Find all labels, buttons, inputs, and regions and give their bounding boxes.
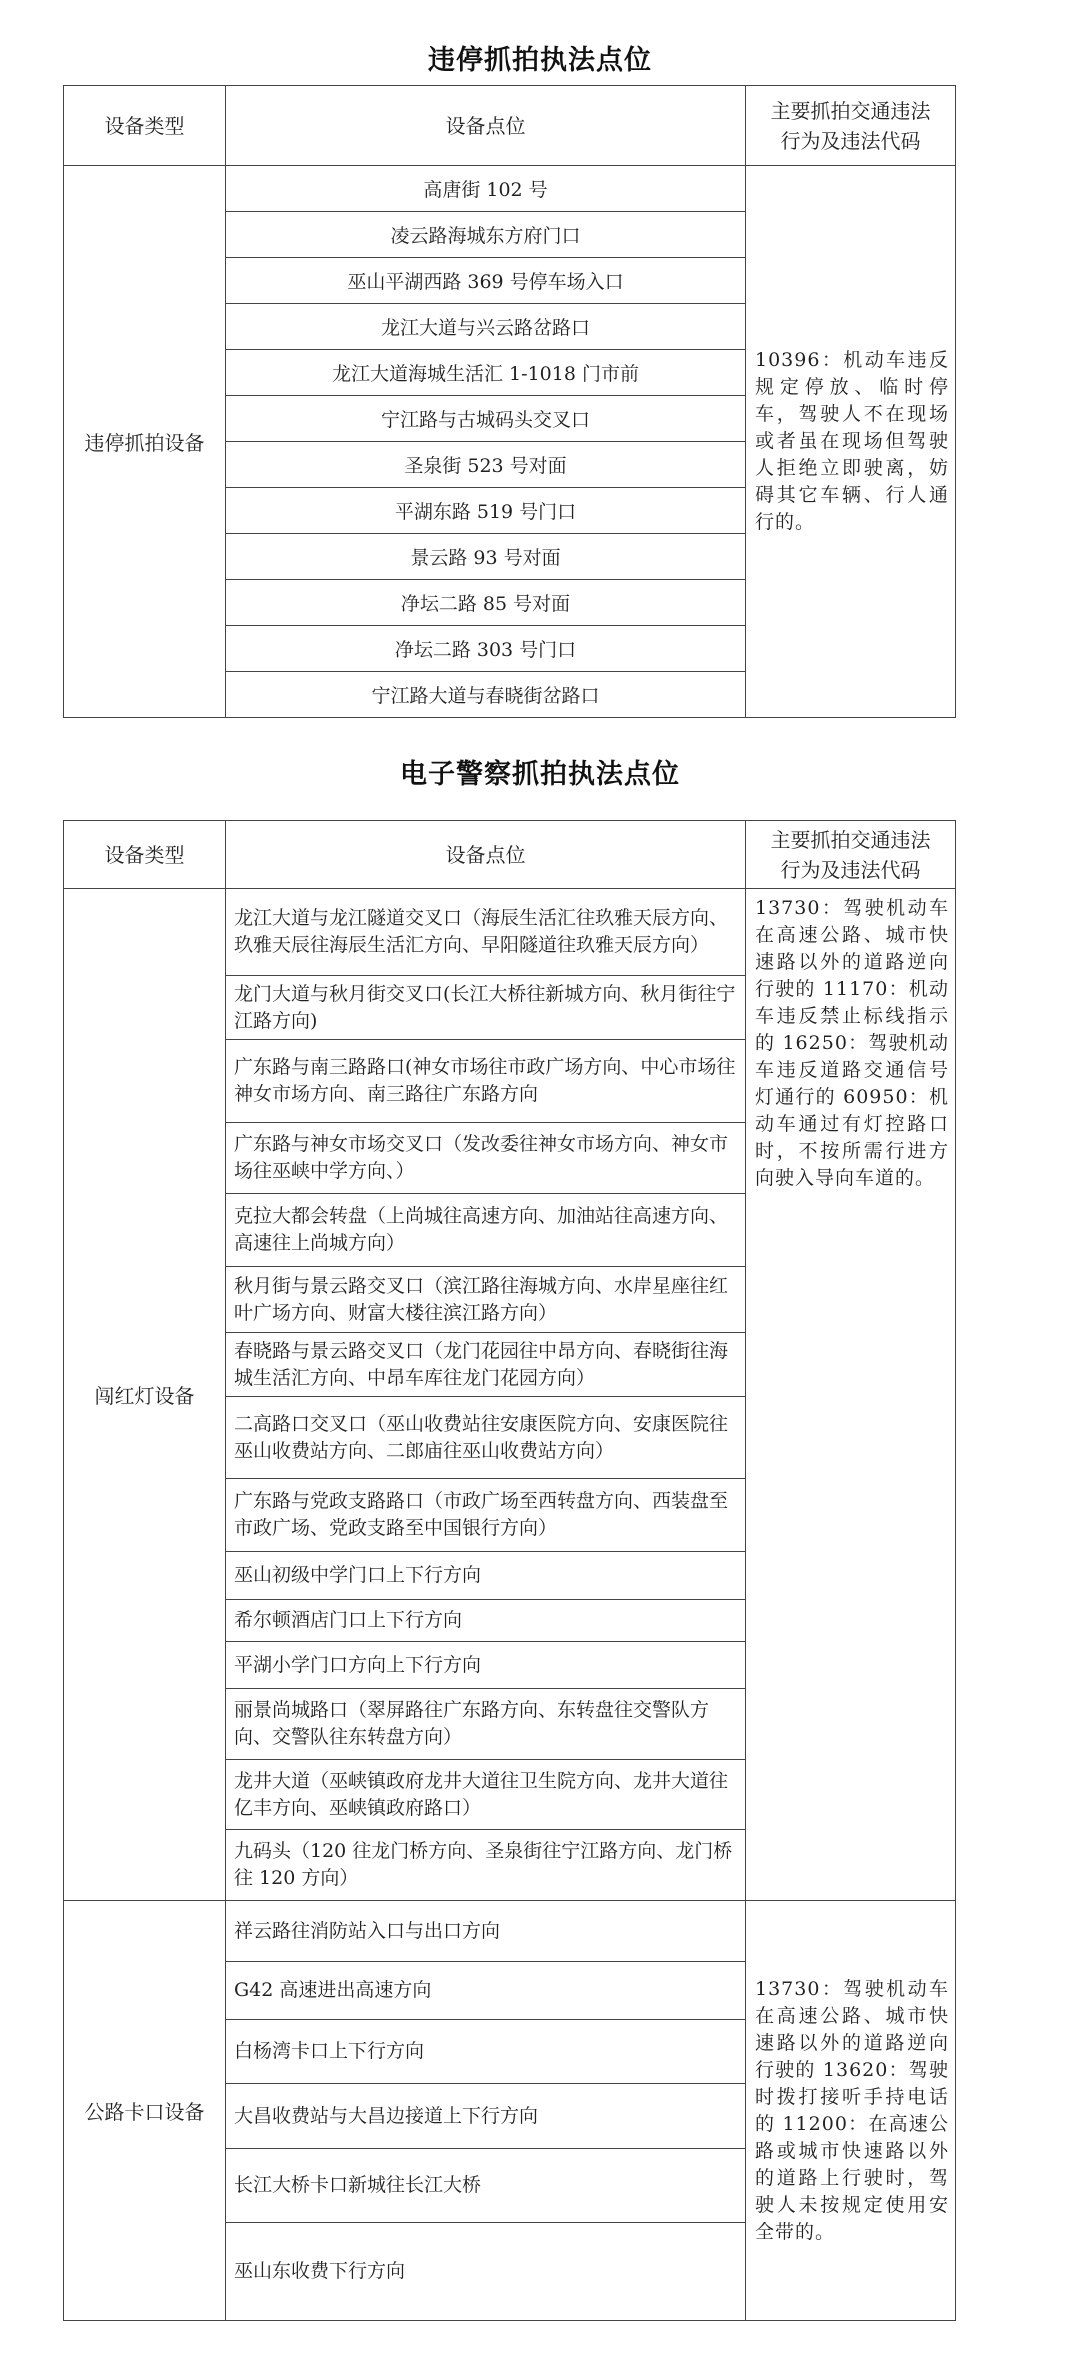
section-title-illegal-parking: 违停抓拍执法点位 bbox=[0, 38, 1080, 77]
header-device-type: 设备类型 bbox=[64, 86, 226, 166]
location-cell: 巫山平湖西路 369 号停车场入口 bbox=[226, 258, 746, 304]
illegal-parking-table: 设备类型 设备点位 主要抓拍交通违法 行为及违法代码 违停抓拍设备 高唐街 10… bbox=[63, 85, 956, 718]
location-cell: 凌云路海城东方府门口 bbox=[226, 212, 746, 258]
location-cell: 净坛二路 85 号对面 bbox=[226, 580, 746, 626]
device-type-cell: 公路卡口设备 bbox=[64, 1901, 226, 2321]
location-cell: 高唐街 102 号 bbox=[226, 166, 746, 212]
location-cell: 平湖小学门口方向上下行方向 bbox=[226, 1642, 746, 1689]
header-violation-line-1: 主要抓拍交通违法 bbox=[746, 825, 955, 855]
device-type-cell: 闯红灯设备 bbox=[64, 889, 226, 1901]
location-cell: 广东路与神女市场交叉口（发改委往神女市场方向、神女市场往巫峡中学方向、） bbox=[226, 1123, 746, 1194]
location-cell: 圣泉街 523 号对面 bbox=[226, 442, 746, 488]
electronic-police-table: 设备类型 设备点位 主要抓拍交通违法 行为及违法代码 闯红灯设备 龙江大道与龙江… bbox=[63, 820, 956, 2321]
header-violation-line-2: 行为及违法代码 bbox=[746, 126, 955, 156]
location-cell: G42 高速进出高速方向 bbox=[226, 1962, 746, 2020]
header-device-type: 设备类型 bbox=[64, 821, 226, 889]
location-cell: 净坛二路 303 号门口 bbox=[226, 626, 746, 672]
violation-code-cell: 13730：驾驶机动车在高速公路、城市快速路以外的道路逆向行驶的 11170：机… bbox=[746, 889, 956, 1901]
header-violation-line-1: 主要抓拍交通违法 bbox=[746, 96, 955, 126]
header-violation-code: 主要抓拍交通违法 行为及违法代码 bbox=[746, 86, 956, 166]
table-header-row: 设备类型 设备点位 主要抓拍交通违法 行为及违法代码 bbox=[64, 86, 956, 166]
section-title-electronic-police: 电子警察抓拍执法点位 bbox=[0, 752, 1080, 791]
table-row: 闯红灯设备 龙江大道与龙江隧道交叉口（海辰生活汇往玖雅天辰方向、玖雅天辰往海辰生… bbox=[64, 889, 956, 976]
table-row: 公路卡口设备 祥云路往消防站入口与出口方向 13730：驾驶机动车在高速公路、城… bbox=[64, 1901, 956, 1962]
location-cell: 九码头（120 往龙门桥方向、圣泉街往宁江路方向、龙门桥往 120 方向） bbox=[226, 1830, 746, 1901]
location-cell: 长江大桥卡口新城往长江大桥 bbox=[226, 2149, 746, 2223]
location-cell: 祥云路往消防站入口与出口方向 bbox=[226, 1901, 746, 1962]
location-cell: 龙江大道与兴云路岔路口 bbox=[226, 304, 746, 350]
header-device-location: 设备点位 bbox=[226, 821, 746, 889]
violation-code-cell: 13730：驾驶机动车在高速公路、城市快速路以外的道路逆向行驶的 13620：驾… bbox=[746, 1901, 956, 2321]
location-cell: 龙江大道与龙江隧道交叉口（海辰生活汇往玖雅天辰方向、玖雅天辰往海辰生活汇方向、早… bbox=[226, 889, 746, 976]
location-cell: 龙江大道海城生活汇 1-1018 门市前 bbox=[226, 350, 746, 396]
location-cell: 龙门大道与秋月街交叉口(长江大桥往新城方向、秋月街往宁江路方向) bbox=[226, 976, 746, 1040]
location-cell: 秋月街与景云路交叉口（滨江路往海城方向、水岸星座往红叶广场方向、财富大楼往滨江路… bbox=[226, 1267, 746, 1333]
location-cell: 希尔顿酒店门口上下行方向 bbox=[226, 1600, 746, 1642]
table-row: 违停抓拍设备 高唐街 102 号 10396：机动车违反规定停放、临时停车，驾驶… bbox=[64, 166, 956, 212]
location-cell: 龙井大道（巫峡镇政府龙井大道往卫生院方向、龙井大道往亿丰方向、巫峡镇政府路口） bbox=[226, 1760, 746, 1830]
location-cell: 春晓路与景云路交叉口（龙门花园往中昂方向、春晓街往海城生活汇方向、中昂车库往龙门… bbox=[226, 1333, 746, 1397]
device-type-cell: 违停抓拍设备 bbox=[64, 166, 226, 718]
table-header-row: 设备类型 设备点位 主要抓拍交通违法 行为及违法代码 bbox=[64, 821, 956, 889]
header-device-location: 设备点位 bbox=[226, 86, 746, 166]
location-cell: 白杨湾卡口上下行方向 bbox=[226, 2020, 746, 2084]
location-cell: 宁江路与古城码头交叉口 bbox=[226, 396, 746, 442]
header-violation-code: 主要抓拍交通违法 行为及违法代码 bbox=[746, 821, 956, 889]
location-cell: 大昌收费站与大昌边接道上下行方向 bbox=[226, 2084, 746, 2149]
location-cell: 广东路与南三路路口(神女市场往市政广场方向、中心市场往神女市场方向、南三路往广东… bbox=[226, 1040, 746, 1123]
location-cell: 宁江路大道与春晓街岔路口 bbox=[226, 672, 746, 718]
location-cell: 景云路 93 号对面 bbox=[226, 534, 746, 580]
location-cell: 巫山初级中学门口上下行方向 bbox=[226, 1552, 746, 1600]
location-cell: 广东路与党政支路路口（市政广场至西转盘方向、西装盘至市政广场、党政支路至中国银行… bbox=[226, 1479, 746, 1552]
header-violation-line-2: 行为及违法代码 bbox=[746, 855, 955, 885]
location-cell: 巫山东收费下行方向 bbox=[226, 2223, 746, 2321]
location-cell: 丽景尚城路口（翠屏路往广东路方向、东转盘往交警队方向、交警队往东转盘方向） bbox=[226, 1689, 746, 1760]
violation-code-cell: 10396：机动车违反规定停放、临时停车，驾驶人不在现场或者虽在现场但驾驶人拒绝… bbox=[746, 166, 956, 718]
location-cell: 平湖东路 519 号门口 bbox=[226, 488, 746, 534]
location-cell: 克拉大都会转盘（上尚城往高速方向、加油站往高速方向、高速往上尚城方向） bbox=[226, 1194, 746, 1267]
location-cell: 二高路口交叉口（巫山收费站往安康医院方向、安康医院往巫山收费站方向、二郎庙往巫山… bbox=[226, 1397, 746, 1479]
